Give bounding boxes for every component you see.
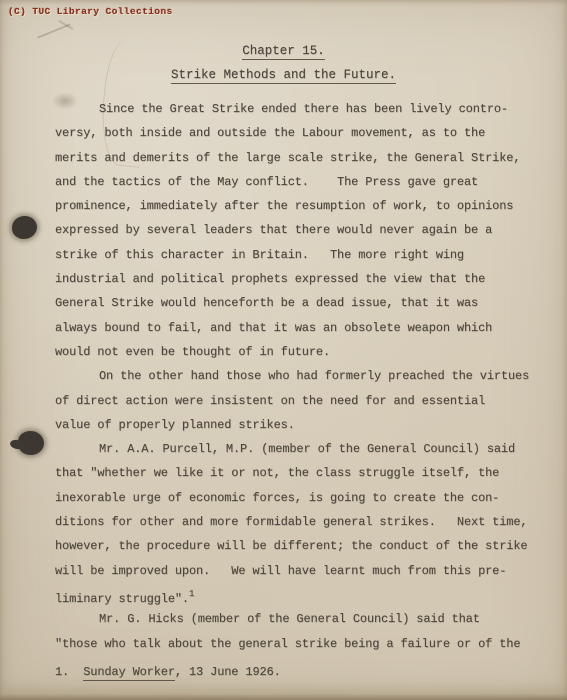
text-line: strike of this character in Britain. The… (55, 243, 560, 267)
text-line: that "whether we like it or not, the cla… (55, 461, 560, 485)
text-line: industrial and political prophets expres… (55, 267, 560, 291)
text-line: of direct action were insistent on the n… (55, 389, 560, 413)
chapter-title-text: Chapter 15. (242, 44, 325, 60)
chapter-title: Chapter 15. (0, 44, 567, 58)
text-line: On the other hand those who had formerly… (55, 364, 560, 388)
text-line: versy, both inside and outside the Labou… (55, 121, 560, 145)
footnote-date: , 13 June 1926. (175, 665, 281, 679)
footnote-number: 1. (55, 665, 83, 679)
text-line: Mr. A.A. Purcell, M.P. (member of the Ge… (55, 437, 560, 461)
page-edge-shadow (0, 694, 567, 700)
text-line: prominence, immediately after the resump… (55, 194, 560, 218)
text-line: liminary struggle".1 (55, 583, 560, 607)
text-line: General Strike would henceforth be a dea… (55, 291, 560, 315)
chapter-subtitle-text: Strike Methods and the Future. (171, 68, 396, 84)
hole-punch (12, 216, 37, 239)
hole-punch (18, 431, 44, 455)
text-line: and the tactics of the May conflict. The… (55, 170, 560, 194)
text-line-fragment: liminary struggle". (55, 592, 189, 606)
footnote: 1. Sunday Worker, 13 June 1926. (55, 665, 281, 679)
chapter-subtitle: Strike Methods and the Future. (0, 68, 567, 82)
document-body: Since the Great Strike ended there has b… (55, 97, 560, 656)
scanned-document-page: (C) TUC Library Collections Chapter 15. … (0, 0, 567, 700)
text-line: will be improved upon. We will have lear… (55, 559, 560, 583)
text-line: Mr. G. Hicks (member of the General Coun… (55, 607, 560, 631)
footnote-reference: 1 (189, 589, 194, 599)
footnote-source: Sunday Worker (83, 665, 175, 681)
text-line: however, the procedure will be different… (55, 534, 560, 558)
text-line: inexorable urge of economic forces, is g… (55, 486, 560, 510)
text-line: expressed by several leaders that there … (55, 218, 560, 242)
copyright-watermark: (C) TUC Library Collections (8, 6, 173, 17)
text-line: "those who talk about the general strike… (55, 632, 560, 656)
text-line: always bound to fail, and that it was an… (55, 316, 560, 340)
text-line: value of properly planned strikes. (55, 413, 560, 437)
text-line: Since the Great Strike ended there has b… (55, 97, 560, 121)
text-line: would not even be thought of in future. (55, 340, 560, 364)
text-line: ditions for other and more formidable ge… (55, 510, 560, 534)
text-line: merits and demerits of the large scale s… (55, 146, 560, 170)
